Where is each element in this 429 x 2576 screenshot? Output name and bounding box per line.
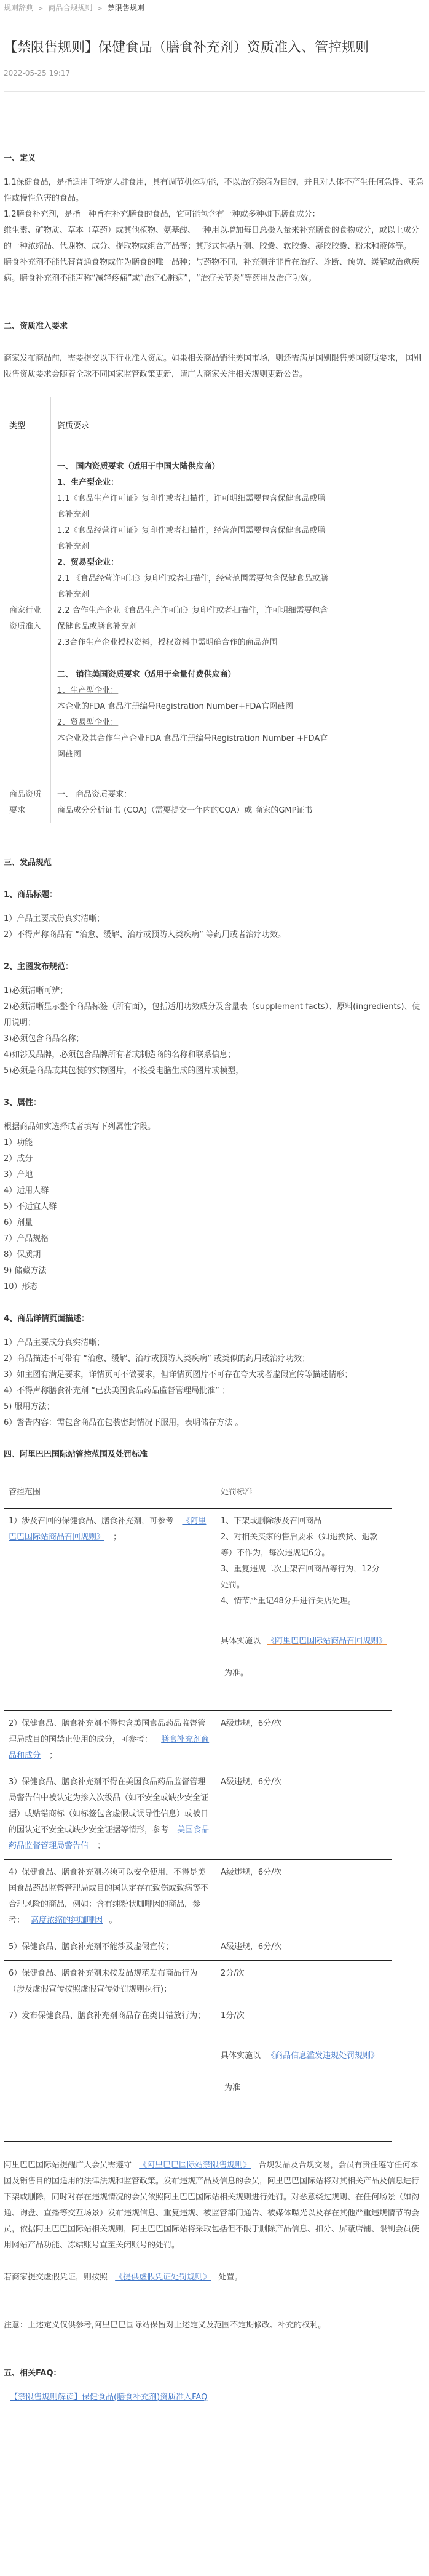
definition-ingredients: 维生素、矿物质、草本（草药）或其他植物、氨基酸、一种用以增加每日总摄入量来补充膳… [4, 223, 425, 255]
list-item: 6）剂量 [4, 1215, 425, 1231]
scope-suffix: ； [113, 1533, 121, 1542]
title-rules-heading: 1、商品标题： [4, 887, 425, 903]
list-item: 3）产地 [4, 1167, 425, 1183]
col-requirement-header: 资质要求 [51, 397, 339, 455]
section-listing-heading: 三、发品规范 [4, 855, 425, 871]
article-page: 规则辞典>商品合规规则>禁限售规则 【禁限售规则】保健食品（膳食补充剂）资质准入… [0, 0, 429, 2430]
penalty-item: 2、对相关买家的售后要求（如退换货、退款等）不作为，每次违规记6分。 [221, 1529, 387, 1561]
list-item: 1）产品主要成份真实清晰； [4, 911, 425, 927]
col-type-header: 类型 [4, 397, 51, 455]
breadcrumb-separator-icon: > [38, 6, 43, 12]
attributes-heading: 3、属性： [4, 1095, 425, 1111]
list-item: 1）产品主要成分真实清晰； [4, 1335, 425, 1351]
main-image-rules-heading: 2、主图发布规范： [4, 959, 425, 975]
us-trade-heading: 2、贸易型企业： [57, 715, 333, 731]
table-header-row: 类型 资质要求 [4, 397, 339, 455]
penalty-item: 1分/次 [221, 2008, 387, 2024]
scope-text: 1）涉及召回的保健食品、膳食补充剂，可参考 [9, 1517, 173, 1526]
domestic-trade-item: 2.1 《食品经营许可证》复印件或者扫描件，经营范围需要包含保健食品或膳食补充剂 [57, 571, 333, 603]
fake-credentials-notice: 若商家提交虚假凭证，则按照 《提供虚假凭证处罚规则》 处置。 [4, 2270, 425, 2286]
domestic-production-item: 1.1《食品生产许可证》复印件或者扫描件，许可明细需要包含保健食品或膳食补充剂 [57, 491, 333, 523]
qualification-table: 类型 资质要求 商家行业资质准入 一、 国内资质要求（适用于中国大陆供应商） 1… [4, 397, 339, 823]
faq-link[interactable]: 【禁限售规则解读】保健食品(膳食补充剂)资质准入FAQ [10, 2393, 207, 2402]
section-qualification-heading: 二、资质准入要求 [4, 319, 425, 335]
domestic-title: 一、 国内资质要求（适用于中国大陆供应商） [57, 459, 333, 475]
definition-health-food: 1.1保健食品，是指适用于特定人群食用，具有调节机体功能，不以治疗疾病为目的，并… [4, 175, 425, 207]
prohibited-rules-link[interactable]: 《阿里巴巴国际站禁限售规则》 [139, 2161, 251, 2170]
disclaimer-note: 注意：上述定义仅供参考,阿里巴巴国际站保留对上述定义及范围不定期修改、补充的权利… [4, 2318, 425, 2334]
list-item: 2)必须清晰显示整个商品标签（所有面），包括适用功效成分及含量表（supplem… [4, 999, 425, 1031]
col-scope-header: 管控范围 [4, 1477, 216, 1509]
penalty-suffix: 为准 [224, 2083, 240, 2092]
table-row: 2）保健食品、膳食补充剂不得包含美国食品药品监督管理局或目的国禁止使用的成分，可… [4, 1711, 392, 1769]
list-item: 7）产品规格 [4, 1231, 425, 1247]
list-item: 1）功能 [4, 1135, 425, 1151]
list-item: 2）不得声称商品有 “治愈、缓解、治疗或预防人类疾病” 等药用或者治疗功效。 [4, 927, 425, 943]
section-definition-heading: 一、定义 [4, 151, 425, 167]
list-item: 4）不得声称膳食补充剂 “已获美国食品药品监督管理局批准” ； [4, 1383, 425, 1399]
detail-page-heading: 4、商品详情页面描述： [4, 1311, 425, 1327]
scope-cell: 6）保健食品、膳食补充剂未按发品规范发布商品行为（涉及虚假宣传按照虚假宣传处罚规… [4, 1961, 216, 2003]
qualification-intro: 商家发布商品前，需要提交以下行业准入资质。如果相关商品销往美国市场，则还需满足国… [4, 351, 425, 383]
penalty-item: 3、重复违规二次上架召回商品等行为，12分处罚。 [221, 1561, 387, 1593]
breadcrumb-product-compliance[interactable]: 商品合规规则 [48, 4, 92, 12]
table-row: 商家行业资质准入 一、 国内资质要求（适用于中国大陆供应商） 1、生产型企业： … [4, 455, 339, 783]
list-item: 3）如主图有满足要求，详情页可不做要求，但详情页图片不可存在夸大或者虚假宣传等描… [4, 1367, 425, 1383]
list-item: 9) 储藏方法 [4, 1263, 425, 1279]
faq-list: 【禁限售规则解读】保健食品(膳食补充剂)资质准入FAQ [4, 2390, 425, 2406]
breadcrumb-current: 禁限售规则 [108, 4, 144, 12]
col-penalty-header: 处罚标准 [216, 1477, 392, 1509]
row-type-merchant: 商家行业资质准入 [4, 455, 51, 783]
domestic-production-item: 1.2《食品经营许可证》复印件或者扫描件，经营范围需要包含保健食品或膳食补充剂 [57, 523, 333, 555]
list-item: 2）商品描述不可带有 “治愈、缓解、治疗或预防人类疾病” 或类似的药用或治疗功效… [4, 1351, 425, 1367]
scope-cell: 1）涉及召回的保健食品、膳食补充剂，可参考 《阿里巴巴国际站商品召回规则》 ； [4, 1509, 216, 1711]
list-item: 5) 服用方法； [4, 1399, 425, 1415]
table-row: 1）涉及召回的保健食品、膳食补充剂，可参考 《阿里巴巴国际站商品召回规则》 ； … [4, 1509, 392, 1711]
recall-rules-link[interactable]: 《阿里巴巴国际站商品召回规则》 [267, 1637, 387, 1646]
penalty-cell: A级违规，6分/次 [216, 1934, 392, 1961]
table-row: 6）保健食品、膳食补充剂未按发品规范发布商品行为（涉及虚假宣传按照虚假宣传处罚规… [4, 1961, 392, 2003]
attributes-intro: 根据商品如实选择或者填写下列属性字段。 [4, 1119, 425, 1135]
penalty-cell: 1、下架或删除涉及召回商品 2、对相关买家的售后要求（如退换货、退款等）不作为，… [216, 1509, 392, 1711]
list-item: 6）警告内容：需包含商品在包装密封情况下服用，表明储存方法 。 [4, 1415, 425, 1431]
scope-suffix: ； [49, 1751, 57, 1760]
penalty-item: 4、情节严重记48分并进行关店处理。 [221, 1593, 387, 1609]
list-item: 5)必须是商品或其包装的实物图片，不接受电脑生成的图片或模型， [4, 1063, 425, 1079]
penalty-cell: 1分/次 具体实施以 《商品信息滥发违规处罚规则》 为准 [216, 2003, 392, 2142]
pure-caffeine-link[interactable]: 高度浓缩的纯咖啡因 [31, 1916, 103, 1925]
list-item: 4)如涉及品牌，必须包含品牌所有者或制造商的名称和联系信息； [4, 1047, 425, 1063]
penalty-cell: A级违规，6分/次 [216, 1711, 392, 1769]
merchant-requirements: 一、 国内资质要求（适用于中国大陆供应商） 1、生产型企业： 1.1《食品生产许… [51, 455, 339, 783]
domestic-trade-item: 2.3合作生产企业授权资料，授权资料中需明确合作的商品范围 [57, 635, 333, 651]
scope-cell: 5）保健食品、膳食补充剂不能涉及虚假宣传； [4, 1934, 216, 1961]
scope-cell: 3）保健食品、膳食补充剂不得在美国食品药品监督管理局警告信中被认定为掺入次级品（… [4, 1769, 216, 1860]
penalty-table: 管控范围 处罚标准 1）涉及召回的保健食品、膳食补充剂，可参考 《阿里巴巴国际站… [4, 1477, 392, 2142]
us-trade-item: 本企业及其合作生产企业FDA 食品注册编号Registration Number… [57, 731, 333, 763]
fake-credentials-rules-link[interactable]: 《提供虚假凭证处罚规则》 [115, 2273, 211, 2282]
breadcrumb-rule-dictionary[interactable]: 规则辞典 [4, 4, 33, 12]
penalty-prefix: 具体实施以 [221, 2051, 261, 2060]
notice-text: 若商家提交虚假凭证，则按照 [4, 2273, 108, 2282]
breadcrumb: 规则辞典>商品合规规则>禁限售规则 [4, 0, 425, 15]
penalty-cell: A级违规，6分/次 [216, 1860, 392, 1934]
notice-text: 合规发品及合规交易，会员有责任遵守任何本国及销售目的国适用的法律法规和监管政策。… [4, 2161, 419, 2250]
product-req-text: 商品成分分析证书 (COA)（需要提交一年内的COA）或 商家的GMP证书 [57, 803, 333, 819]
list-item: 5）不适宜人群 [4, 1199, 425, 1215]
list-item: 10）形态 [4, 1279, 425, 1295]
us-production-item: 本企业的FDA 食品注册编号Registration Number+FDA官网截… [57, 699, 333, 715]
penalty-cell: A级违规，6分/次 [216, 1769, 392, 1860]
domestic-trade-heading: 2、贸易型企业： [57, 555, 333, 571]
row-type-product: 商品资质要求 [4, 783, 51, 823]
list-item: 2）成分 [4, 1151, 425, 1167]
list-item: 4）适用人群 [4, 1183, 425, 1199]
notice-text: 处置。 [218, 2273, 242, 2282]
scope-suffix: ； [97, 1841, 105, 1851]
notice-text: 阿里巴巴国际站提醒广大会员需遵守 [4, 2161, 132, 2170]
section-faq-heading: 五、相关FAQ： [4, 2366, 425, 2382]
domestic-trade-item: 2.2 合作生产企业《食品生产许可证》复印件或者扫描件，许可明细需要包含保健食品… [57, 603, 333, 635]
section-penalty-heading: 四、阿里巴巴国际站管控范围及处罚标准 [4, 1447, 425, 1463]
list-item: 1)必须清晰可辨； [4, 983, 425, 999]
table-row: 3）保健食品、膳食补充剂不得在美国食品药品监督管理局警告信中被认定为掺入次级品（… [4, 1769, 392, 1860]
product-req-title: 一、 商品资质要求： [57, 787, 333, 803]
table-row: 5）保健食品、膳食补充剂不能涉及虚假宣传； A级违规，6分/次 [4, 1934, 392, 1961]
penalty-prefix: 具体实施以 [221, 1637, 261, 1646]
us-title: 二、 销往美国资质要求（适用于全量付费供应商） [57, 667, 333, 683]
scope-cell: 7）发布保健食品、膳食补充剂商品存在类目错放行为； [4, 2003, 216, 2142]
scope-cell: 4）保健食品、膳食补充剂必须可以安全使用，不得是美国食品药品监督管理局或目的国认… [4, 1860, 216, 1934]
page-title: 【禁限售规则】保健食品（膳食补充剂）资质准入、管控规则 [4, 38, 425, 58]
spam-penalty-rules-link[interactable]: 《商品信息滥发违规处罚规则》 [267, 2051, 379, 2060]
compliance-notice: 阿里巴巴国际站提醒广大会员需遵守 《阿里巴巴国际站禁限售规则》 合规发品及合规交… [4, 2158, 425, 2254]
definition-supplement: 1.2膳食补充剂，是指一种旨在补充膳食的食品，它可能包含有一种或多种如下膳食成分… [4, 207, 425, 223]
product-requirements: 一、 商品资质要求： 商品成分分析证书 (COA)（需要提交一年内的COA）或 … [51, 783, 339, 823]
list-item: 3)必须包含商品名称； [4, 1031, 425, 1047]
table-row: 7）发布保健食品、膳食补充剂商品存在类目错放行为； 1分/次 具体实施以 《商品… [4, 2003, 392, 2142]
penalty-cell: 2分/次 [216, 1961, 392, 2003]
us-production-heading: 1、生产型企业： [57, 683, 333, 699]
table-header-row: 管控范围 处罚标准 [4, 1477, 392, 1509]
domestic-production-heading: 1、生产型企业： [57, 475, 333, 491]
definition-limitations: 膳食补充剂不能代替普通食物或作为膳食的唯一品种；与药物不同，补充剂并非旨在治疗、… [4, 255, 425, 287]
publish-date: 2022-05-25 19:17 [4, 68, 425, 78]
breadcrumb-separator-icon: > [97, 6, 102, 12]
scope-cell: 2）保健食品、膳食补充剂不得包含美国食品药品监督管理局或目的国禁止使用的成分，可… [4, 1711, 216, 1769]
list-item: 8）保质期 [4, 1247, 425, 1263]
scope-suffix: 。 [109, 1916, 117, 1925]
penalty-item: 1、下架或删除涉及召回商品 [221, 1513, 387, 1529]
table-row: 4）保健食品、膳食补充剂必须可以安全使用，不得是美国食品药品监督管理局或目的国认… [4, 1860, 392, 1934]
table-row: 商品资质要求 一、 商品资质要求： 商品成分分析证书 (COA)（需要提交一年内… [4, 783, 339, 823]
penalty-suffix: 为准。 [224, 1669, 248, 1678]
